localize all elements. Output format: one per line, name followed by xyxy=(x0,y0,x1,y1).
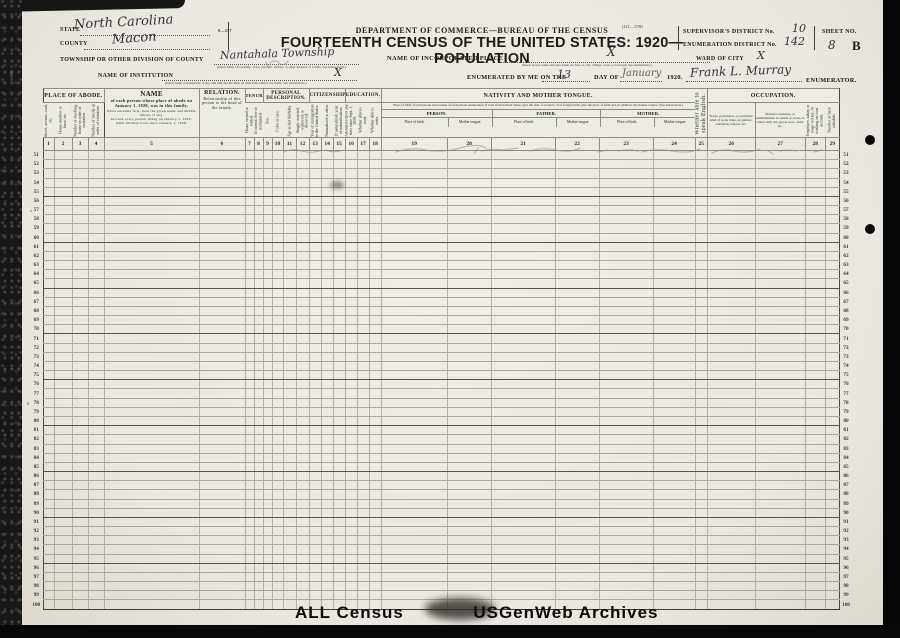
grid-cell xyxy=(491,306,555,315)
table-row: 9393 xyxy=(30,536,852,545)
grid-cell xyxy=(272,517,283,526)
grid-cell xyxy=(54,435,72,444)
grid-cell xyxy=(357,453,369,462)
grid-cell xyxy=(272,527,283,536)
grid-cell xyxy=(296,261,309,270)
grid-cell xyxy=(825,233,839,242)
grid-cell xyxy=(254,554,263,563)
grid-cell xyxy=(599,169,653,178)
grid-cell xyxy=(263,352,272,361)
grid-cell xyxy=(345,545,357,554)
grid-cell xyxy=(272,279,283,288)
grid-cell xyxy=(653,371,695,380)
column-number: 15 xyxy=(333,138,345,151)
grid-cell xyxy=(54,572,72,581)
grid-cell xyxy=(321,426,333,435)
grid-cell xyxy=(695,398,707,407)
grid-cell xyxy=(825,453,839,462)
column-family-number: Number of family in order of visitation. xyxy=(88,103,104,138)
grid-cell xyxy=(254,472,263,481)
grid-cell xyxy=(296,206,309,215)
grid-cell xyxy=(272,306,283,315)
grid-cell xyxy=(707,279,755,288)
grid-cell xyxy=(447,572,491,581)
grid-cell xyxy=(43,426,54,435)
row-number-right: 88 xyxy=(839,490,852,499)
grid-cell xyxy=(805,453,825,462)
grid-cell xyxy=(599,416,653,425)
grid-cell xyxy=(381,206,447,215)
grid-cell xyxy=(825,554,839,563)
grid-cell xyxy=(309,325,321,334)
group-place-of-abode: PLACE OF ABODE. xyxy=(43,89,104,103)
table-row: 8383 xyxy=(30,444,852,453)
row-number-left: 63 xyxy=(30,261,43,270)
column-able-to-write: Whether able to write. xyxy=(369,103,381,138)
grid-cell xyxy=(491,196,555,205)
grid-cell xyxy=(72,160,88,169)
grid-cell xyxy=(296,545,309,554)
grid-cell xyxy=(283,499,296,508)
grid-cell xyxy=(369,306,381,315)
row-number-left: 78 xyxy=(30,398,43,407)
grid-cell xyxy=(72,600,88,610)
grid-cell xyxy=(357,151,369,160)
grid-cell xyxy=(263,187,272,196)
grid-cell xyxy=(283,416,296,425)
grid-cell xyxy=(199,306,245,315)
grid-cell xyxy=(263,582,272,591)
group-personal-description: PERSONAL DESCRIPTION. xyxy=(263,89,309,103)
grid-cell xyxy=(199,545,245,554)
grid-cell xyxy=(345,380,357,389)
group-header-row: PLACE OF ABODE. NAME of each person whos… xyxy=(30,89,852,103)
grid-cell xyxy=(245,527,254,536)
grid-cell xyxy=(309,242,321,251)
grid-cell xyxy=(447,536,491,545)
grid-cell xyxy=(447,316,491,325)
grid-cell xyxy=(599,536,653,545)
grid-cell xyxy=(245,270,254,279)
row-number-left: 67 xyxy=(30,297,43,306)
grid-cell xyxy=(296,490,309,499)
grid-cell xyxy=(369,536,381,545)
grid-cell xyxy=(245,160,254,169)
row-number-right: 78 xyxy=(839,398,852,407)
grid-cell xyxy=(381,233,447,242)
grid-cell xyxy=(707,545,755,554)
grid-cell xyxy=(72,389,88,398)
grid-cell xyxy=(272,206,283,215)
grid-cell xyxy=(369,178,381,187)
grid-cell xyxy=(272,196,283,205)
grid-cell xyxy=(825,600,839,610)
grid-cell xyxy=(599,490,653,499)
table-row: 7171 xyxy=(30,334,852,343)
grid-cell xyxy=(599,444,653,453)
row-number-right: 82 xyxy=(839,435,852,444)
grid-cell xyxy=(555,224,599,233)
grid-cell xyxy=(245,215,254,224)
grid-cell xyxy=(104,499,199,508)
grid-cell xyxy=(369,563,381,572)
grid-cell xyxy=(357,499,369,508)
grid-cell xyxy=(707,591,755,600)
grid-cell xyxy=(54,224,72,233)
grid-cell xyxy=(43,407,54,416)
nativity-mother: MOTHER. xyxy=(600,110,696,117)
table-row: 8484 xyxy=(30,453,852,462)
grid-cell xyxy=(199,196,245,205)
row-number-right: 77 xyxy=(839,389,852,398)
grid-cell xyxy=(491,536,555,545)
grid-cell xyxy=(254,261,263,270)
grid-cell xyxy=(88,490,104,499)
grid-cell xyxy=(309,508,321,517)
grid-cell xyxy=(805,389,825,398)
grid-cell xyxy=(755,206,805,215)
enumerator-line xyxy=(686,80,802,82)
grid-cell xyxy=(345,233,357,242)
grid-cell xyxy=(491,527,555,536)
grid-cell xyxy=(263,334,272,343)
grid-cell xyxy=(263,398,272,407)
row-number-left: 61 xyxy=(30,242,43,251)
grid-cell xyxy=(381,426,447,435)
grid-cell xyxy=(321,371,333,380)
grid-cell xyxy=(381,297,447,306)
grid-cell xyxy=(309,472,321,481)
sheet-value: 8 xyxy=(828,38,836,52)
grid-cell xyxy=(72,481,88,490)
grid-cell xyxy=(555,398,599,407)
grid-cell xyxy=(381,398,447,407)
grid-cell xyxy=(263,343,272,352)
grid-cell xyxy=(272,178,283,187)
grid-cell xyxy=(72,453,88,462)
grid-cell xyxy=(369,371,381,380)
row-number-left: 96 xyxy=(30,563,43,572)
grid-cell xyxy=(72,517,88,526)
grid-cell xyxy=(695,545,707,554)
grid-cell xyxy=(345,517,357,526)
grid-cell xyxy=(254,233,263,242)
grid-cell xyxy=(695,453,707,462)
grid-cell xyxy=(72,435,88,444)
grid-cell xyxy=(357,563,369,572)
supervisor-district-value: 10 xyxy=(792,22,806,35)
grid-cell xyxy=(599,527,653,536)
grid-cell xyxy=(296,407,309,416)
enumerator-label: ENUMERATOR. xyxy=(806,77,856,84)
grid-cell xyxy=(707,151,755,160)
grid-cell xyxy=(825,160,839,169)
grid-cell xyxy=(245,380,254,389)
grid-cell xyxy=(755,472,805,481)
row-number-left: 87 xyxy=(30,481,43,490)
table-row: 8181 xyxy=(30,426,852,435)
grid-cell xyxy=(369,206,381,215)
grid-cell xyxy=(272,563,283,572)
row-number-right: 63 xyxy=(839,261,852,270)
grid-cell xyxy=(805,398,825,407)
table-row: 6666 xyxy=(30,288,852,297)
ward-label: WARD OF CITY xyxy=(696,56,744,62)
grid-cell xyxy=(555,334,599,343)
grid-cell xyxy=(695,517,707,526)
grid-cell xyxy=(653,499,695,508)
grid-cell xyxy=(555,435,599,444)
grid-cell xyxy=(333,261,345,270)
grid-cell xyxy=(381,251,447,260)
grid-cell xyxy=(695,297,707,306)
grid-cell xyxy=(825,490,839,499)
grid-cell xyxy=(825,545,839,554)
grid-cell xyxy=(357,215,369,224)
table-row: 6060 xyxy=(30,233,852,242)
grid-cell xyxy=(555,453,599,462)
grid-cell xyxy=(357,490,369,499)
grid-cell xyxy=(357,251,369,260)
grid-cell xyxy=(491,462,555,471)
grid-cell xyxy=(333,582,345,591)
grid-cell xyxy=(88,325,104,334)
grid-cell xyxy=(599,288,653,297)
grid-cell xyxy=(245,416,254,425)
grid-cell xyxy=(43,490,54,499)
grid-cell xyxy=(345,371,357,380)
grid-cell xyxy=(88,279,104,288)
grid-cell xyxy=(54,527,72,536)
grid-cell xyxy=(447,563,491,572)
grid-cell xyxy=(333,270,345,279)
grid-cell xyxy=(254,187,263,196)
row-number-right: 54 xyxy=(839,178,852,187)
grid-cell xyxy=(296,472,309,481)
grid-cell xyxy=(825,527,839,536)
grid-cell xyxy=(199,361,245,370)
grid-cell xyxy=(369,160,381,169)
grid-cell xyxy=(72,297,88,306)
grid-cell xyxy=(104,251,199,260)
grid-cell xyxy=(357,196,369,205)
grid-cell xyxy=(825,297,839,306)
grid-cell xyxy=(333,472,345,481)
row-number-left: 94 xyxy=(30,545,43,554)
grid-cell xyxy=(254,444,263,453)
column-number: 21 xyxy=(491,138,555,151)
grid-cell xyxy=(321,462,333,471)
table-row: 7878 xyxy=(30,398,852,407)
grid-cell xyxy=(707,563,755,572)
grid-cell xyxy=(263,151,272,160)
group-nativity: NATIVITY AND MOTHER TONGUE. xyxy=(381,89,695,103)
grid-cell xyxy=(447,270,491,279)
grid-cell xyxy=(653,224,695,233)
grid-cell xyxy=(199,490,245,499)
person-place-of-birth: Place of birth. xyxy=(382,117,448,127)
grid-cell xyxy=(54,306,72,315)
grid-cell xyxy=(695,444,707,453)
grid-cell xyxy=(381,481,447,490)
grid-cell xyxy=(254,279,263,288)
grid-cell xyxy=(381,261,447,270)
grid-cell xyxy=(381,224,447,233)
census-table: PLACE OF ABODE. NAME of each person whos… xyxy=(30,88,852,610)
grid-cell xyxy=(254,178,263,187)
grid-cell xyxy=(283,481,296,490)
grid-cell xyxy=(104,554,199,563)
grid-cell xyxy=(447,279,491,288)
grid-cell xyxy=(43,279,54,288)
grid-cell xyxy=(357,297,369,306)
grid-cell xyxy=(245,490,254,499)
table-row: 7373 xyxy=(30,352,852,361)
grid-cell xyxy=(321,306,333,315)
grid-cell xyxy=(263,499,272,508)
grid-cell xyxy=(88,600,104,610)
grid-cell xyxy=(653,407,695,416)
grid-cell xyxy=(245,591,254,600)
column-dwelling-number: Number of dwelling house in order of vis… xyxy=(72,103,88,138)
column-trade: Trade, profession, or particular kind of… xyxy=(707,103,755,138)
grid-cell xyxy=(599,325,653,334)
grid-cell xyxy=(245,582,254,591)
grid-cell xyxy=(199,270,245,279)
grid-cell xyxy=(381,591,447,600)
column-street: Street, avenue, road, etc. xyxy=(43,103,54,138)
grid-cell xyxy=(296,389,309,398)
grid-cell xyxy=(755,270,805,279)
grid-cell xyxy=(381,270,447,279)
grid-cell xyxy=(321,591,333,600)
grid-cell xyxy=(88,398,104,407)
grid-cell xyxy=(357,554,369,563)
grid-cell xyxy=(263,316,272,325)
grid-cell xyxy=(653,563,695,572)
grid-cell xyxy=(254,334,263,343)
grid-cell xyxy=(447,151,491,160)
month-line xyxy=(620,80,662,82)
grid-cell xyxy=(333,407,345,416)
grid-cell xyxy=(309,453,321,462)
row-number-right: 98 xyxy=(839,582,852,591)
grid-cell xyxy=(805,233,825,242)
grid-cell xyxy=(72,306,88,315)
grid-cell xyxy=(321,242,333,251)
grid-cell xyxy=(54,270,72,279)
grid-cell xyxy=(369,196,381,205)
column-naturalized: Naturalized or alien. xyxy=(321,103,333,138)
grid-cell xyxy=(695,334,707,343)
grid-cell xyxy=(345,160,357,169)
grid-cell xyxy=(245,426,254,435)
grid-cell xyxy=(333,334,345,343)
grid-cell xyxy=(104,187,199,196)
grid-cell xyxy=(72,416,88,425)
grid-cell xyxy=(825,224,839,233)
grid-cell xyxy=(825,591,839,600)
grid-cell xyxy=(263,242,272,251)
grid-cell xyxy=(357,169,369,178)
row-number-left: 62 xyxy=(30,251,43,260)
grid-cell xyxy=(199,416,245,425)
grid-cell xyxy=(369,490,381,499)
grid-cell xyxy=(805,572,825,581)
grid-cell xyxy=(599,554,653,563)
grid-cell xyxy=(321,444,333,453)
row-number-left: 58 xyxy=(30,215,43,224)
grid-cell xyxy=(369,407,381,416)
grid-cell xyxy=(555,316,599,325)
grid-cell xyxy=(309,536,321,545)
grid-cell xyxy=(369,582,381,591)
grid-cell xyxy=(309,151,321,160)
grid-cell xyxy=(369,233,381,242)
grid-cell xyxy=(283,187,296,196)
grid-cell xyxy=(263,517,272,526)
grid-cell xyxy=(653,490,695,499)
grid-cell xyxy=(707,398,755,407)
grid-cell xyxy=(357,316,369,325)
grid-cell xyxy=(599,582,653,591)
grid-cell xyxy=(825,371,839,380)
grid-cell xyxy=(254,517,263,526)
grid-cell xyxy=(755,325,805,334)
grid-cell xyxy=(88,444,104,453)
grid-cell xyxy=(245,508,254,517)
grid-cell xyxy=(72,178,88,187)
grid-cell xyxy=(369,297,381,306)
grid-cell xyxy=(381,554,447,563)
grid-cell xyxy=(199,343,245,352)
grid-cell xyxy=(72,270,88,279)
grid-cell xyxy=(333,306,345,315)
grid-cell xyxy=(369,279,381,288)
grid-cell xyxy=(245,316,254,325)
grid-cell xyxy=(199,178,245,187)
row-number-left: 77 xyxy=(30,389,43,398)
grid-cell xyxy=(245,472,254,481)
grid-cell xyxy=(357,435,369,444)
column-number: 16 xyxy=(345,138,357,151)
grid-cell xyxy=(695,572,707,581)
grid-cell xyxy=(599,472,653,481)
grid-cell xyxy=(381,572,447,581)
grid-cell xyxy=(88,352,104,361)
grid-cell xyxy=(72,462,88,471)
grid-cell xyxy=(54,352,72,361)
grid-cell xyxy=(254,352,263,361)
grid-cell xyxy=(245,196,254,205)
grid-cell xyxy=(88,389,104,398)
grid-cell xyxy=(245,187,254,196)
grid-cell xyxy=(555,196,599,205)
grid-cell xyxy=(599,343,653,352)
column-number: 18 xyxy=(369,138,381,151)
grid-cell xyxy=(805,600,825,610)
grid-cell xyxy=(43,242,54,251)
grid-cell xyxy=(555,169,599,178)
grid-cell xyxy=(345,288,357,297)
grid-cell xyxy=(345,582,357,591)
grid-cell xyxy=(263,215,272,224)
grid-cell xyxy=(283,545,296,554)
row-number-left: 90 xyxy=(30,508,43,517)
grid-cell xyxy=(447,499,491,508)
grid-cell xyxy=(805,297,825,306)
grid-cell xyxy=(104,389,199,398)
